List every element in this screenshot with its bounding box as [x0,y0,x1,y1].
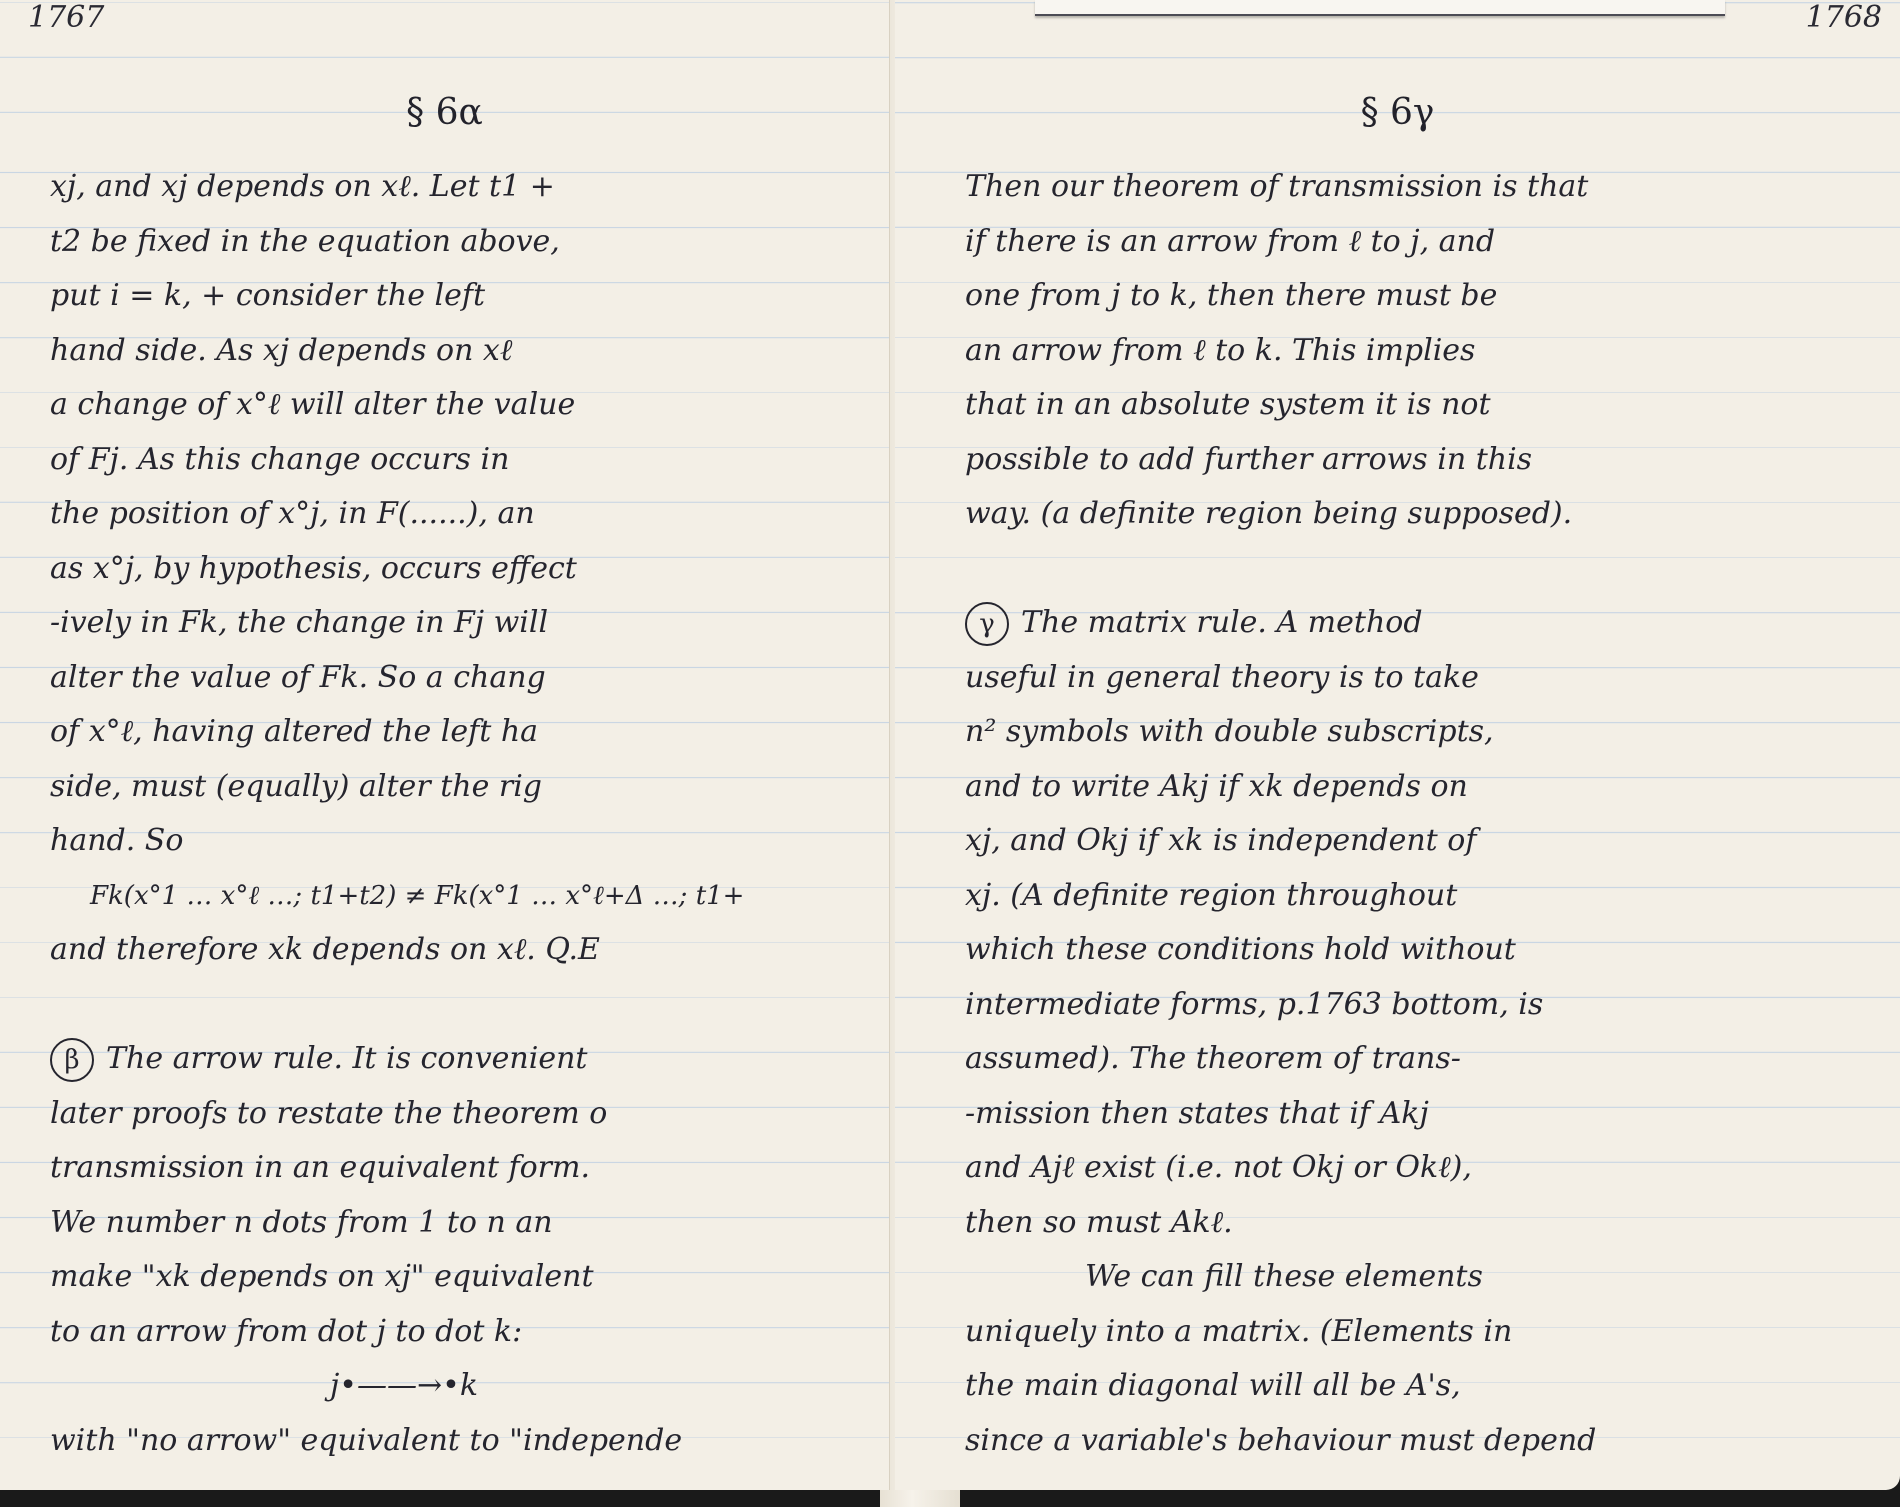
text-line: since a variable's behaviour must depend [965,1414,1880,1469]
text-line: of Fj. As this change occurs in [50,433,869,488]
right-page: 1768 § 6γ Then our theorem of transmissi… [895,0,1900,1490]
text-line: possible to add further arrows in this [965,433,1880,488]
text-line: We number n dots from 1 to n an [50,1196,869,1251]
text-line: -mission then states that if Akj [965,1087,1880,1142]
text-line: put i = k, + consider the left [50,269,869,324]
handwritten-text: xj, and xj depends on xℓ. Let t1 + t2 be… [50,160,869,1468]
text-line: xj, and Okj if xk is independent of [965,814,1880,869]
text-line: an arrow from ℓ to k. This implies [965,324,1880,379]
handwritten-text: Then our theorem of transmission is that… [965,160,1880,1468]
text-line: with "no arrow" equivalent to "independe [50,1414,869,1469]
text-line: that in an absolute system it is not [965,378,1880,433]
text-line: then so must Akℓ. [965,1196,1880,1251]
text-line: make "xk depends on xj" equivalent [50,1250,869,1305]
text-line: a change of x°ℓ will alter the value [50,378,869,433]
text-line: and therefore xk depends on xℓ. Q.E [50,923,869,978]
text-line: useful in general theory is to take [965,651,1880,706]
text-line: one from j to k, then there must be [965,269,1880,324]
text-line: We can fill these elements [965,1250,1880,1305]
text-line: way. (a definite region being supposed). [965,487,1880,542]
text-line: to an arrow from dot j to dot k: [50,1305,869,1360]
text-line: of x°ℓ, having altered the left ha [50,705,869,760]
section-heading: § 6γ [895,92,1900,133]
section-heading: § 6α [0,92,889,133]
blank-line [965,542,1880,597]
text-line: hand. So [50,814,869,869]
text-line: -ively in Fk, the change in Fj will [50,596,869,651]
left-page: 1767 § 6α xj, and xj depends on xℓ. Let … [0,0,890,1490]
text-line: t2 be fixed in the equation above, [50,215,869,270]
text-line: xj. (A definite region throughout [965,869,1880,924]
equation-line: Fk(x°1 … x°ℓ …; t1+t2) ≠ Fk(x°1 … x°ℓ+Δ … [50,869,869,924]
subsection-text: The matrix rule. A method [1021,605,1423,640]
text-line: alter the value of Fk. So a chang [50,651,869,706]
text-line: side, must (equally) alter the rig [50,760,869,815]
text-line: the main diagonal will all be A's, [965,1359,1880,1414]
text-line: and Ajℓ exist (i.e. not Okj or Okℓ), [965,1141,1880,1196]
blank-line [50,978,869,1033]
text-line: assumed). The theorem of trans- [965,1032,1880,1087]
page-number: 1767 [28,0,104,35]
beta-circled-marker: β [50,1038,94,1082]
text-line: hand side. As xj depends on xℓ [50,324,869,379]
text-line: Then our theorem of transmission is that [965,160,1880,215]
text-line: intermediate forms, p.1763 bottom, is [965,978,1880,1033]
text-line: transmission in an equivalent form. [50,1141,869,1196]
text-line: the position of x°j, in F(......), an [50,487,869,542]
pasted-paper-slip [1035,0,1725,16]
subsection-text: The arrow rule. It is convenient [106,1041,587,1076]
notebook-spread: 1767 § 6α xj, and xj depends on xℓ. Let … [0,0,1900,1507]
text-line: which these conditions hold without [965,923,1880,978]
text-line: n² symbols with double subscripts, [965,705,1880,760]
text-line: as x°j, by hypothesis, occurs effect [50,542,869,597]
page-number: 1768 [1806,0,1882,35]
subsection-heading-line: γThe matrix rule. A method [965,596,1880,651]
text-line: if there is an arrow from ℓ to j, and [965,215,1880,270]
text-line: uniquely into a matrix. (Elements in [965,1305,1880,1360]
arrow-diagram: j•——→•k [50,1359,869,1414]
text-line: xj, and xj depends on xℓ. Let t1 + [50,160,869,215]
subsection-heading-line: βThe arrow rule. It is convenient [50,1032,869,1087]
text-line: later proofs to restate the theorem o [50,1087,869,1142]
text-line: and to write Akj if xk depends on [965,760,1880,815]
gamma-circled-marker: γ [965,602,1009,646]
